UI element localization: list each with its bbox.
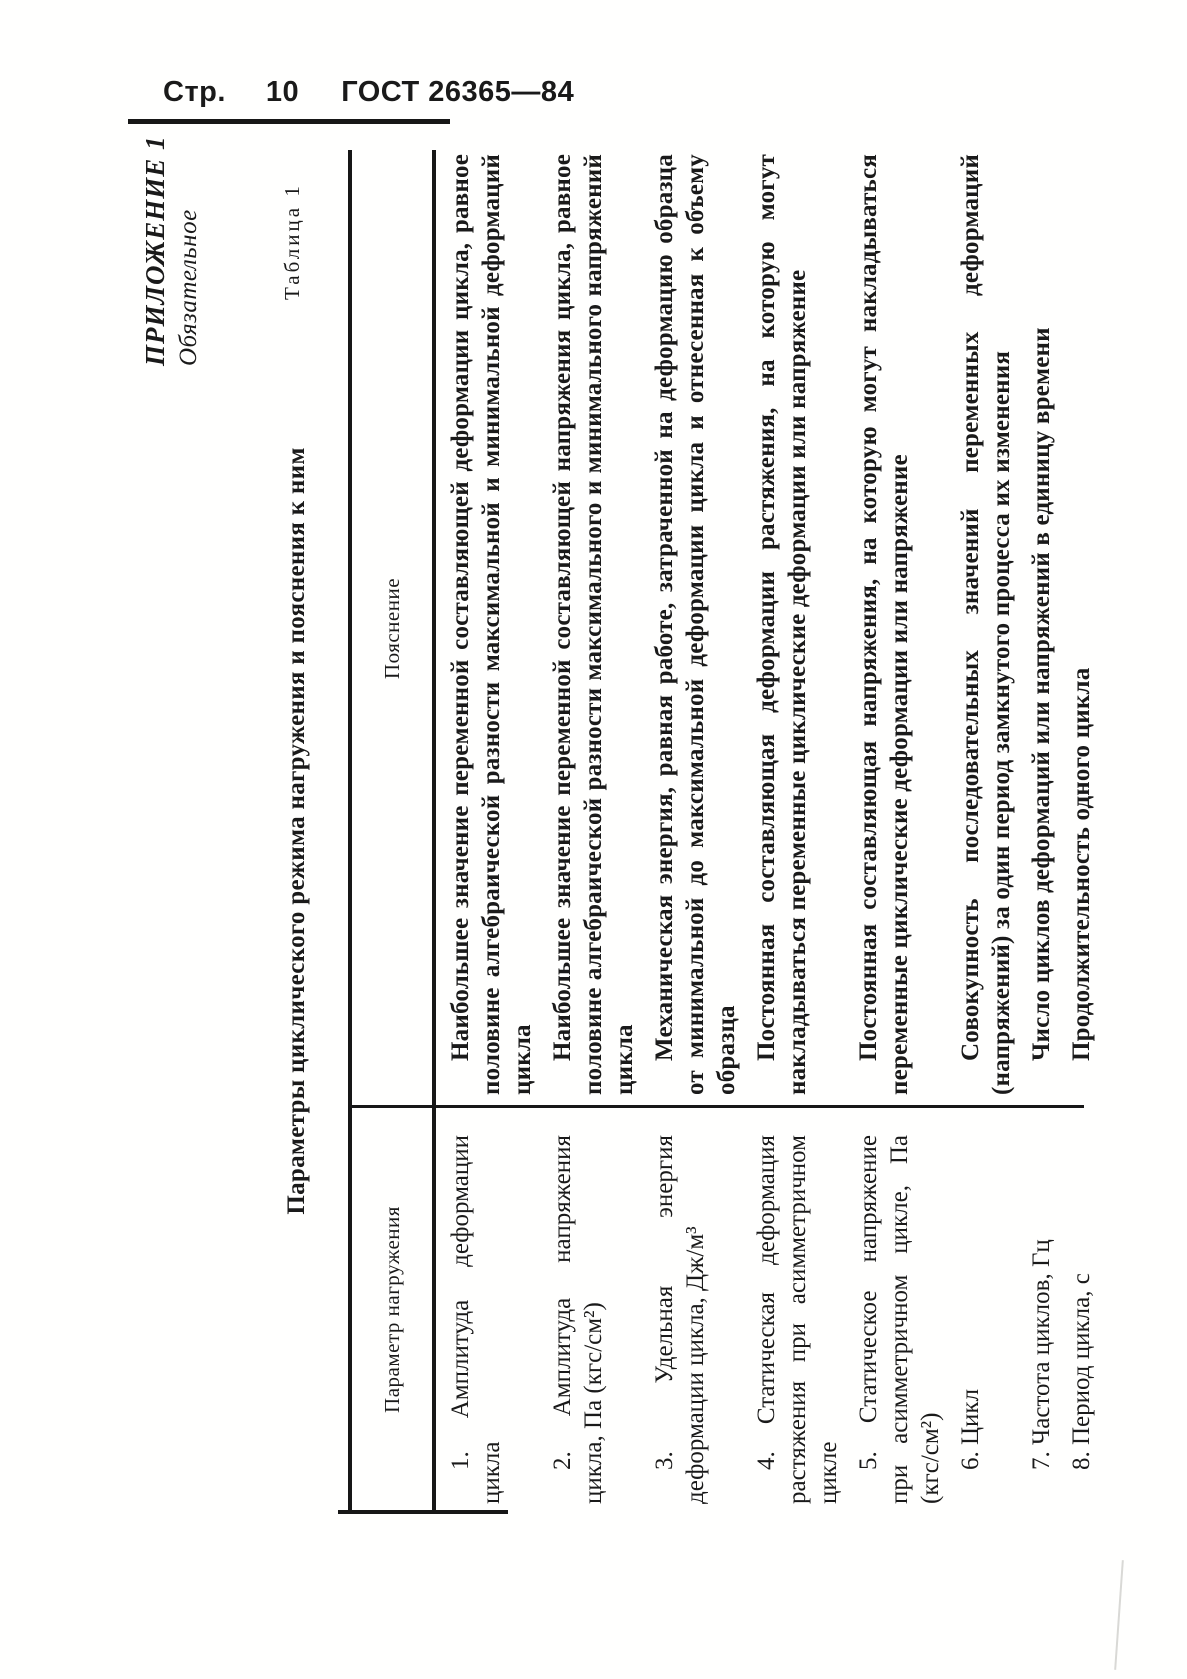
table-body: 1. Амплитуда деформации цикла Наибольшее… [436,150,1097,1512]
table-left-border [338,1510,508,1514]
parameters-table: Параметр нагружения Пояснение 1. Амплиту… [348,150,1097,1512]
table-row: 6. Цикл Совокупность последовательных зн… [955,150,1017,1512]
parameter-cell: 6. Цикл [955,1107,986,1512]
parameter-cell: 8. Период цикла, с [1066,1107,1097,1512]
explanation-cell: Механическая энергия, равная работе, зат… [649,150,742,1107]
parameter-cell: 2. Амплитуда напряжения цикла, Па (кгс/с… [547,1107,609,1512]
page-number: 10 [266,76,299,109]
explanation-cell: Совокупность последовательных значений п… [955,150,1017,1107]
table-row: 8. Период цикла, с Продолжительность одн… [1066,150,1097,1512]
appendix-heading: ПРИЛОЖЕНИЕ 1 Обязательное [138,135,206,366]
table-header-row: Параметр нагружения Пояснение [352,150,436,1512]
table-row: 1. Амплитуда деформации цикла Наибольшее… [445,150,538,1512]
explanation-cell: Наибольшее значение переменной составляю… [547,150,640,1107]
parameter-cell: 1. Амплитуда деформации цикла [445,1107,507,1512]
doc-number: ГОСТ 26365—84 [341,76,574,109]
column-header-explanation: Пояснение [380,150,405,1107]
appendix-subtitle: Обязательное [173,135,206,366]
parameter-cell: 3. Удельная энергия деформации цикла, Дж… [649,1107,711,1512]
table-column-divider [352,1105,1084,1108]
explanation-cell: Наибольшее значение переменной составляю… [445,150,538,1107]
parameter-cell: 5. Статическое напряжение при асимметрич… [853,1107,946,1512]
table-row: 7. Частота циклов, Гц Число циклов дефор… [1026,150,1057,1512]
scanned-document-page: Стр. 10 ГОСТ 26365—84 ПРИЛОЖЕНИЕ 1 Обяза… [0,0,1187,1679]
table-row: 2. Амплитуда напряжения цикла, Па (кгс/с… [547,150,640,1512]
explanation-cell: Постоянная составляющая деформации растя… [751,150,813,1107]
rotated-content: ПРИЛОЖЕНИЕ 1 Обязательное Таблица 1 Пара… [130,132,1187,1672]
appendix-title: ПРИЛОЖЕНИЕ 1 [138,135,173,366]
running-head-rule [128,119,450,124]
explanation-cell: Число циклов деформаций или напряжений в… [1026,150,1057,1107]
table-row: 3. Удельная энергия деформации цикла, Дж… [649,150,742,1512]
table-row: 4. Статическая деформация растяжения при… [751,150,844,1512]
parameter-cell: 4. Статическая деформация растяжения при… [751,1107,844,1512]
column-header-parameter: Параметр нагружения [380,1107,405,1512]
running-head: Стр. 10 ГОСТ 26365—84 [163,76,574,109]
explanation-cell: Постоянная составляющая напряжения, на к… [853,150,915,1107]
parameter-cell: 7. Частота циклов, Гц [1026,1107,1057,1512]
table-row: 5. Статическое напряжение при асимметрич… [853,150,946,1512]
explanation-cell: Продолжительность одного цикла [1066,150,1097,1107]
table-title: Параметры циклического режима нагружения… [283,150,311,1512]
page-label: Стр. [163,76,226,109]
